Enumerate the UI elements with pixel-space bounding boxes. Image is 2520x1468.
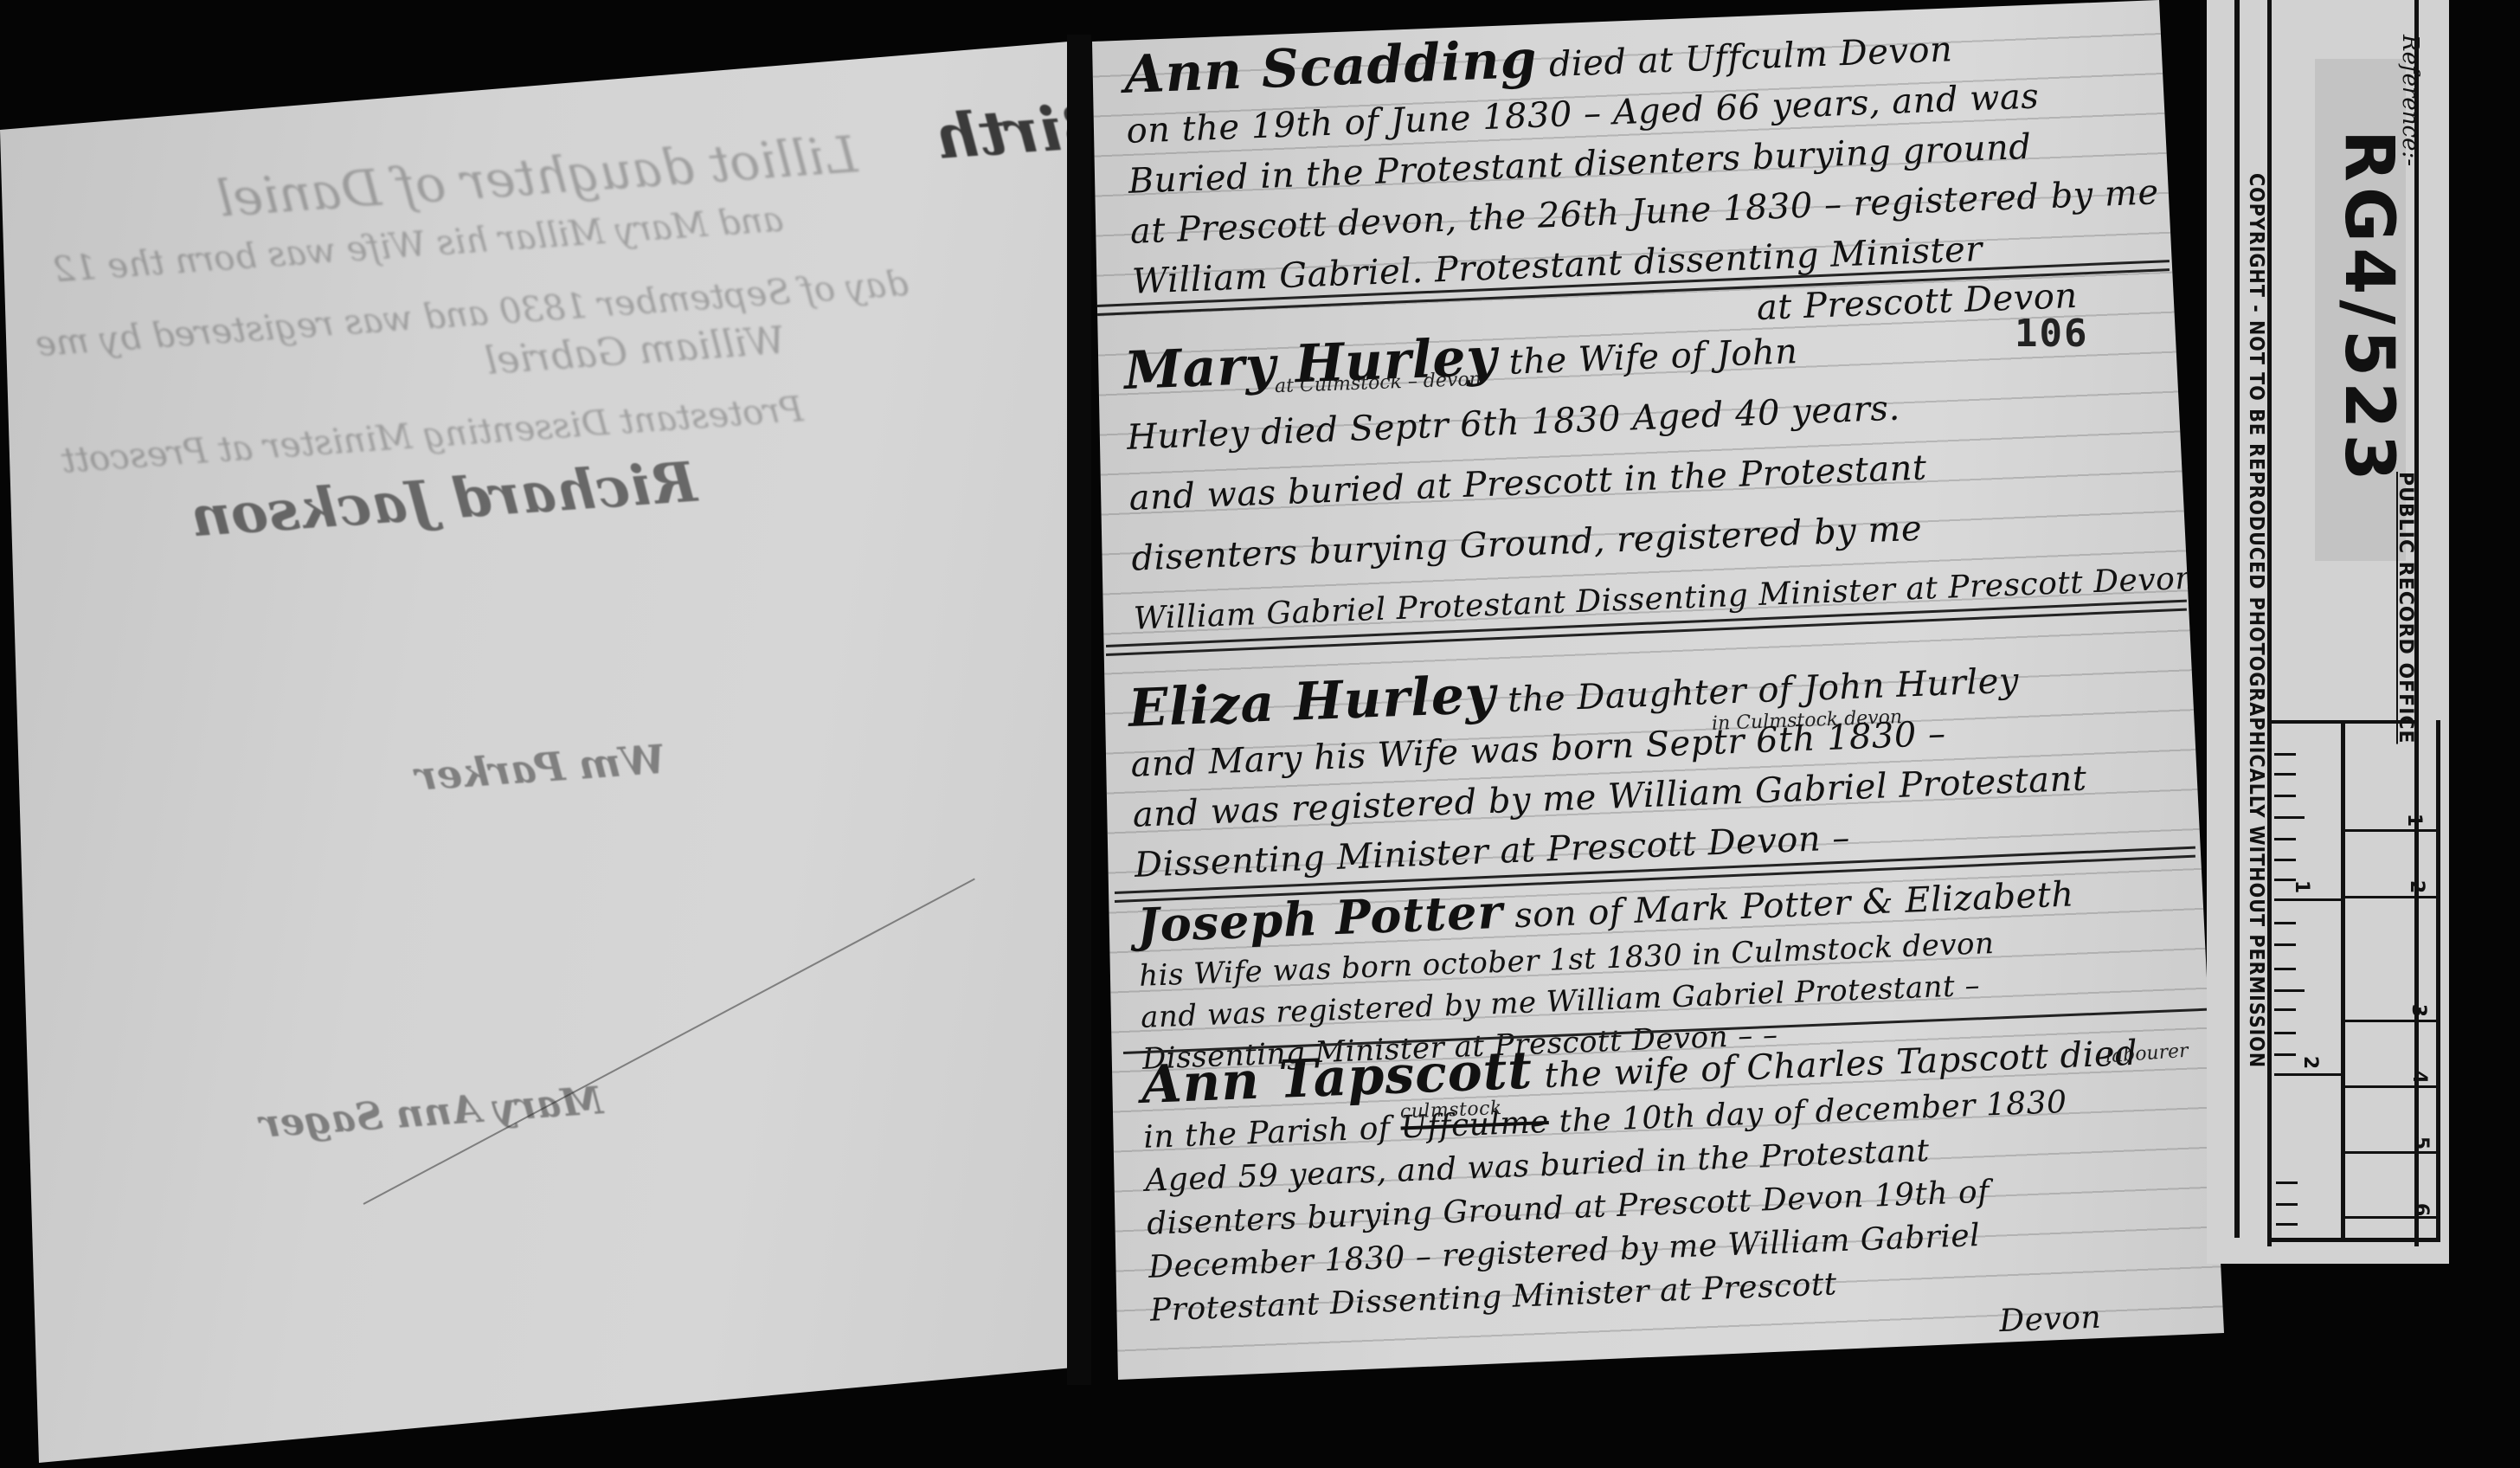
ruler-bottom-border (2272, 1238, 2440, 1242)
cm-label: 4 (2408, 1071, 2430, 1084)
right-page-register: Ann Scadding died at Uffculm Devon on th… (1089, 0, 2231, 1385)
bleed-fragment: Wm Parker (414, 736, 666, 800)
interlinear-parish: culmstock (1399, 1087, 1503, 1134)
public-record-office-label: PUBLIC RECORD OFFICE (2395, 472, 2416, 744)
left-page-bleed-through: Birth Lilliot daughter of Daniel and Mar… (0, 0, 1073, 1468)
cm-label: 3 (2407, 1004, 2429, 1017)
ruler-right-border (2436, 720, 2440, 1239)
cm-label: 5 (2410, 1136, 2432, 1149)
strip-border (2267, 0, 2272, 1246)
inch-label: 1 (2291, 880, 2312, 893)
page-gutter (1067, 35, 1091, 1385)
ruler-divider (2341, 720, 2345, 1239)
strip-border (2234, 0, 2240, 1238)
copyright-notice: COPYRIGHT - NOT TO BE REPRODUCED PHOTOGR… (2245, 173, 2267, 1068)
cm-label: 6 (2410, 1203, 2432, 1216)
register-entry-ann-tapscott: Ann Tapscott the wife of Charles Tapscot… (1141, 1019, 2225, 1375)
cm-label: 2 (2406, 880, 2427, 893)
bleed-fragment: Mary Ann Sager (259, 1078, 605, 1147)
pencil-stroke (363, 879, 975, 1205)
ruler-top-border (2272, 720, 2419, 724)
cm-label: 1 (2403, 814, 2425, 827)
reference-strip: Reference:- RG4/523 COPYRIGHT - NOT TO B… (2207, 0, 2449, 1264)
register-entry-mary-hurley: Mary Hurley the Wife of John Hurley died… (1123, 305, 2207, 644)
inch-label: 2 (2299, 1056, 2321, 1069)
reference-code: RG4/523 (2330, 130, 2407, 486)
